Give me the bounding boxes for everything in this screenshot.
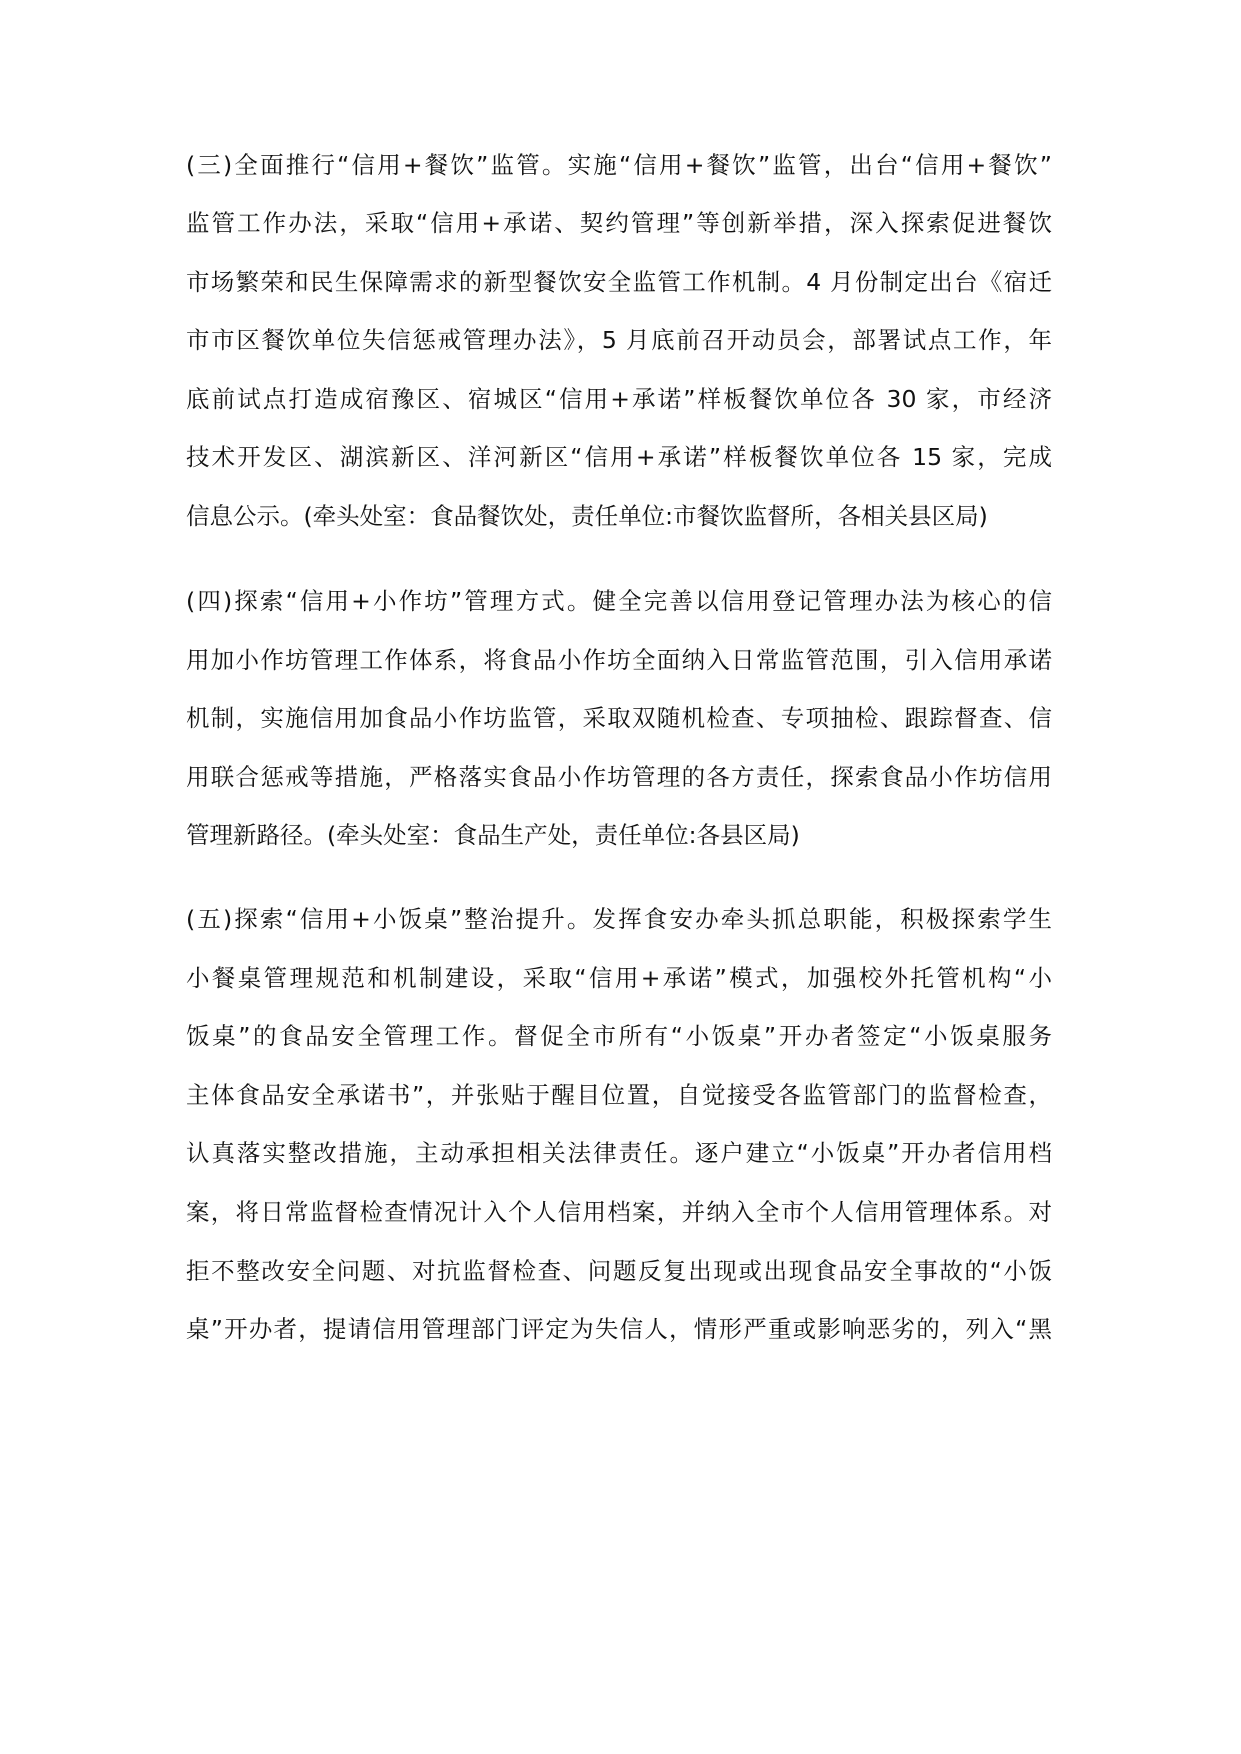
text-line: 用联合惩戒等措施，严格落实食品小作坊管理的各方责任，探索食品小作坊信用 (186, 748, 1052, 807)
text-line: (五)探索“信用+小饭桌”整治提升。发挥食安办牵头抓总职能，积极探索学生 (186, 890, 1052, 949)
text-line: 技术开发区、湖滨新区、洋河新区“信用+承诺”样板餐饮单位各 15 家，完成 (186, 428, 1052, 487)
text-line: 主体食品安全承诺书”，并张贴于醒目位置，自觉接受各监管部门的监督检查， (186, 1066, 1052, 1125)
text-line: (三)全面推行“信用+餐饮”监管。实施“信用+餐饮”监管，出台“信用+餐饮” (186, 136, 1052, 195)
text-line: 桌”开办者，提请信用管理部门评定为失信人，情形严重或影响恶劣的，列入“黑 (186, 1300, 1052, 1359)
text-line: 市市区餐饮单位失信惩戒管理办法》，5 月底前召开动员会，部署试点工作，年 (186, 311, 1052, 370)
text-line: 案，将日常监督检查情况计入个人信用档案，并纳入全市个人信用管理体系。对 (186, 1183, 1052, 1242)
text-line: 小餐桌管理规范和机制建设，采取“信用+承诺”模式，加强校外托管机构“小 (186, 949, 1052, 1008)
paragraph-section-4: (四)探索“信用+小作坊”管理方式。健全完善以信用登记管理办法为核心的信 用加小… (186, 572, 1052, 865)
text-line: 饭桌”的食品安全管理工作。督促全市所有“小饭桌”开办者签定“小饭桌服务 (186, 1007, 1052, 1066)
text-line: 用加小作坊管理工作体系，将食品小作坊全面纳入日常监管范围，引入信用承诺 (186, 631, 1052, 690)
paragraph-section-5: (五)探索“信用+小饭桌”整治提升。发挥食安办牵头抓总职能，积极探索学生 小餐桌… (186, 890, 1052, 1359)
paragraph-section-3: (三)全面推行“信用+餐饮”监管。实施“信用+餐饮”监管，出台“信用+餐饮” 监… (186, 136, 1052, 546)
text-line: 认真落实整改措施，主动承担相关法律责任。逐户建立“小饭桌”开办者信用档 (186, 1124, 1052, 1183)
text-line: 机制，实施信用加食品小作坊监管，采取双随机检查、专项抽检、跟踪督查、信 (186, 689, 1052, 748)
text-line: 信息公示。(牵头处室：食品餐饮处，责任单位:市餐饮监督所，各相关县区局) (186, 487, 1052, 546)
text-line: 管理新路径。(牵头处室：食品生产处，责任单位:各县区局) (186, 806, 1052, 865)
text-line: 底前试点打造成宿豫区、宿城区“信用+承诺”样板餐饮单位各 30 家，市经济 (186, 370, 1052, 429)
text-line: 拒不整改安全问题、对抗监督检查、问题反复出现或出现食品安全事故的“小饭 (186, 1242, 1052, 1301)
text-line: 市场繁荣和民生保障需求的新型餐饮安全监管工作机制。4 月份制定出台《宿迁 (186, 253, 1052, 312)
text-line: (四)探索“信用+小作坊”管理方式。健全完善以信用登记管理办法为核心的信 (186, 572, 1052, 631)
text-line: 监管工作办法，采取“信用+承诺、契约管理”等创新举措，深入探索促进餐饮 (186, 194, 1052, 253)
